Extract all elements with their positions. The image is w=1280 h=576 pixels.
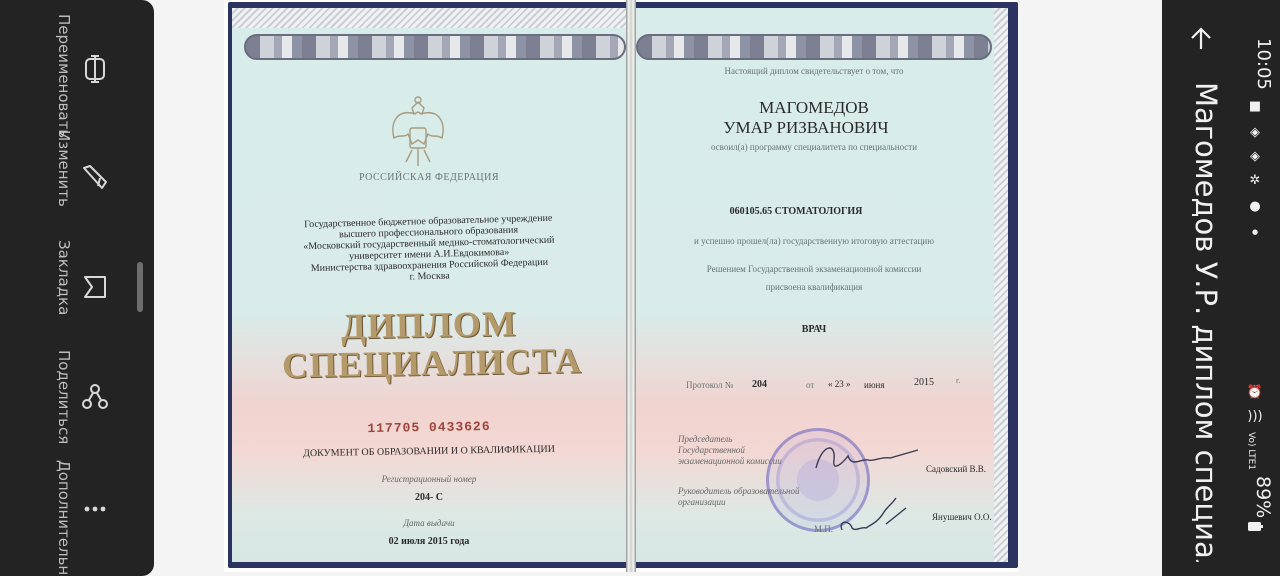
specialty: 060105.65 СТОМАТОЛОГИЯ <box>636 206 956 217</box>
chair-title: Председатель Государственной экзаменацио… <box>678 434 782 467</box>
graduate-given-names: УМАР РИЗВАНОВИЧ <box>636 118 976 138</box>
screen: Переименовать Изменить Закладка Поделить… <box>0 0 1280 576</box>
country-label: РОССИЙСКАЯ ФЕДЕРАЦИЯ <box>232 172 626 183</box>
battery-icon <box>1247 518 1263 534</box>
chair-signature <box>812 438 922 478</box>
program-text: освоил(а) программу специалитета по спец… <box>636 142 992 152</box>
decision-line1: Решением Государственной экзаменационной… <box>636 264 992 274</box>
document-title: Магомедов У.Р. диплом специалис... <box>1178 82 1228 562</box>
app-icon: ◈ <box>1247 124 1263 140</box>
guilloche-band <box>636 34 992 60</box>
attestation-text: и успешно прошел(ла) государственную ито… <box>636 236 992 246</box>
volte-signal-icon: Vo) LTE1 <box>1246 432 1256 470</box>
graduate-surname: МАГОМЕДОВ <box>636 98 992 118</box>
more-button[interactable]: Дополнительно <box>0 460 154 570</box>
qualification: ВРАЧ <box>636 324 992 335</box>
protocol-day: « 23 » <box>828 379 851 389</box>
rename-button[interactable]: Переименовать <box>0 14 154 124</box>
diploma-image: РОССИЙСКАЯ ФЕДЕРАЦИЯ Государственное бюд… <box>224 0 1018 572</box>
protocol-number: 204 <box>752 379 767 390</box>
institution-block: Государственное бюджетное образовательно… <box>232 211 626 287</box>
alarm-icon: ⏰ <box>1247 384 1263 400</box>
head-title: Руководитель образовательной организации <box>678 486 800 508</box>
more-icon <box>78 492 112 526</box>
bookmark-icon <box>78 270 112 304</box>
more-label: Дополнительно <box>22 460 72 570</box>
settings-bug-icon: ✲ <box>1247 172 1263 188</box>
serial-number: 117705 0433626 <box>232 417 626 439</box>
diploma-left-page: РОССИЙСКАЯ ФЕДЕРАЦИЯ Государственное бюд… <box>232 8 626 562</box>
decision-line2: присвоена квалификация <box>636 282 992 292</box>
edit-label: Изменить <box>22 130 72 230</box>
seal-label: М.П. <box>814 524 833 534</box>
registration-label: Регистрационный номер <box>232 474 626 484</box>
dot-icon: ● <box>1247 224 1263 240</box>
rename-icon <box>78 52 112 86</box>
edit-pencil-icon <box>78 160 112 194</box>
chair-name: Садовский В.В. <box>926 464 986 474</box>
head-name: Янушевич О.О. <box>932 512 992 522</box>
back-button[interactable] <box>1184 22 1218 56</box>
diploma-right-page: Настоящий диплом свидетельствует о том, … <box>636 8 1008 562</box>
coat-of-arms-icon <box>386 94 450 172</box>
diploma-title-line2: СПЕЦИАЛИСТА <box>282 339 583 386</box>
status-time: 10:05 <box>1244 38 1274 90</box>
intro-text: Настоящий диплом свидетельствует о том, … <box>636 66 992 76</box>
issue-date: 02 июля 2015 года <box>232 536 626 547</box>
edit-button[interactable]: Изменить <box>0 130 154 230</box>
guilloche-band <box>244 34 626 60</box>
share-icon <box>78 380 112 414</box>
back-arrow-icon <box>1187 25 1215 53</box>
message-icon: ■ <box>1247 98 1263 114</box>
issue-date-label: Дата выдачи <box>232 518 626 528</box>
scrollbar-handle[interactable] <box>137 262 143 312</box>
document-type: ДОКУМЕНТ ОБ ОБРАЗОВАНИИ И О КВАЛИФИКАЦИИ <box>232 443 626 461</box>
bookmark-button[interactable]: Закладка <box>0 240 154 340</box>
diploma-spine <box>626 0 636 572</box>
bookmark-label: Закладка <box>22 240 72 340</box>
action-toolbar: Переименовать Изменить Закладка Поделить… <box>0 0 154 576</box>
registration-number: 204- С <box>232 492 626 503</box>
rename-label: Переименовать <box>22 14 72 124</box>
share-label: Поделиться <box>22 350 72 450</box>
share-button[interactable]: Поделиться <box>0 350 154 450</box>
battery-percent: 89% <box>1244 476 1274 518</box>
head-signature <box>836 494 926 540</box>
protocol-month: июня <box>864 380 885 390</box>
protocol-year: 2015 <box>914 377 934 388</box>
app-icon: ● <box>1247 198 1263 214</box>
app-icon: ◈ <box>1247 148 1263 164</box>
wifi-icon: ))) <box>1247 408 1263 424</box>
